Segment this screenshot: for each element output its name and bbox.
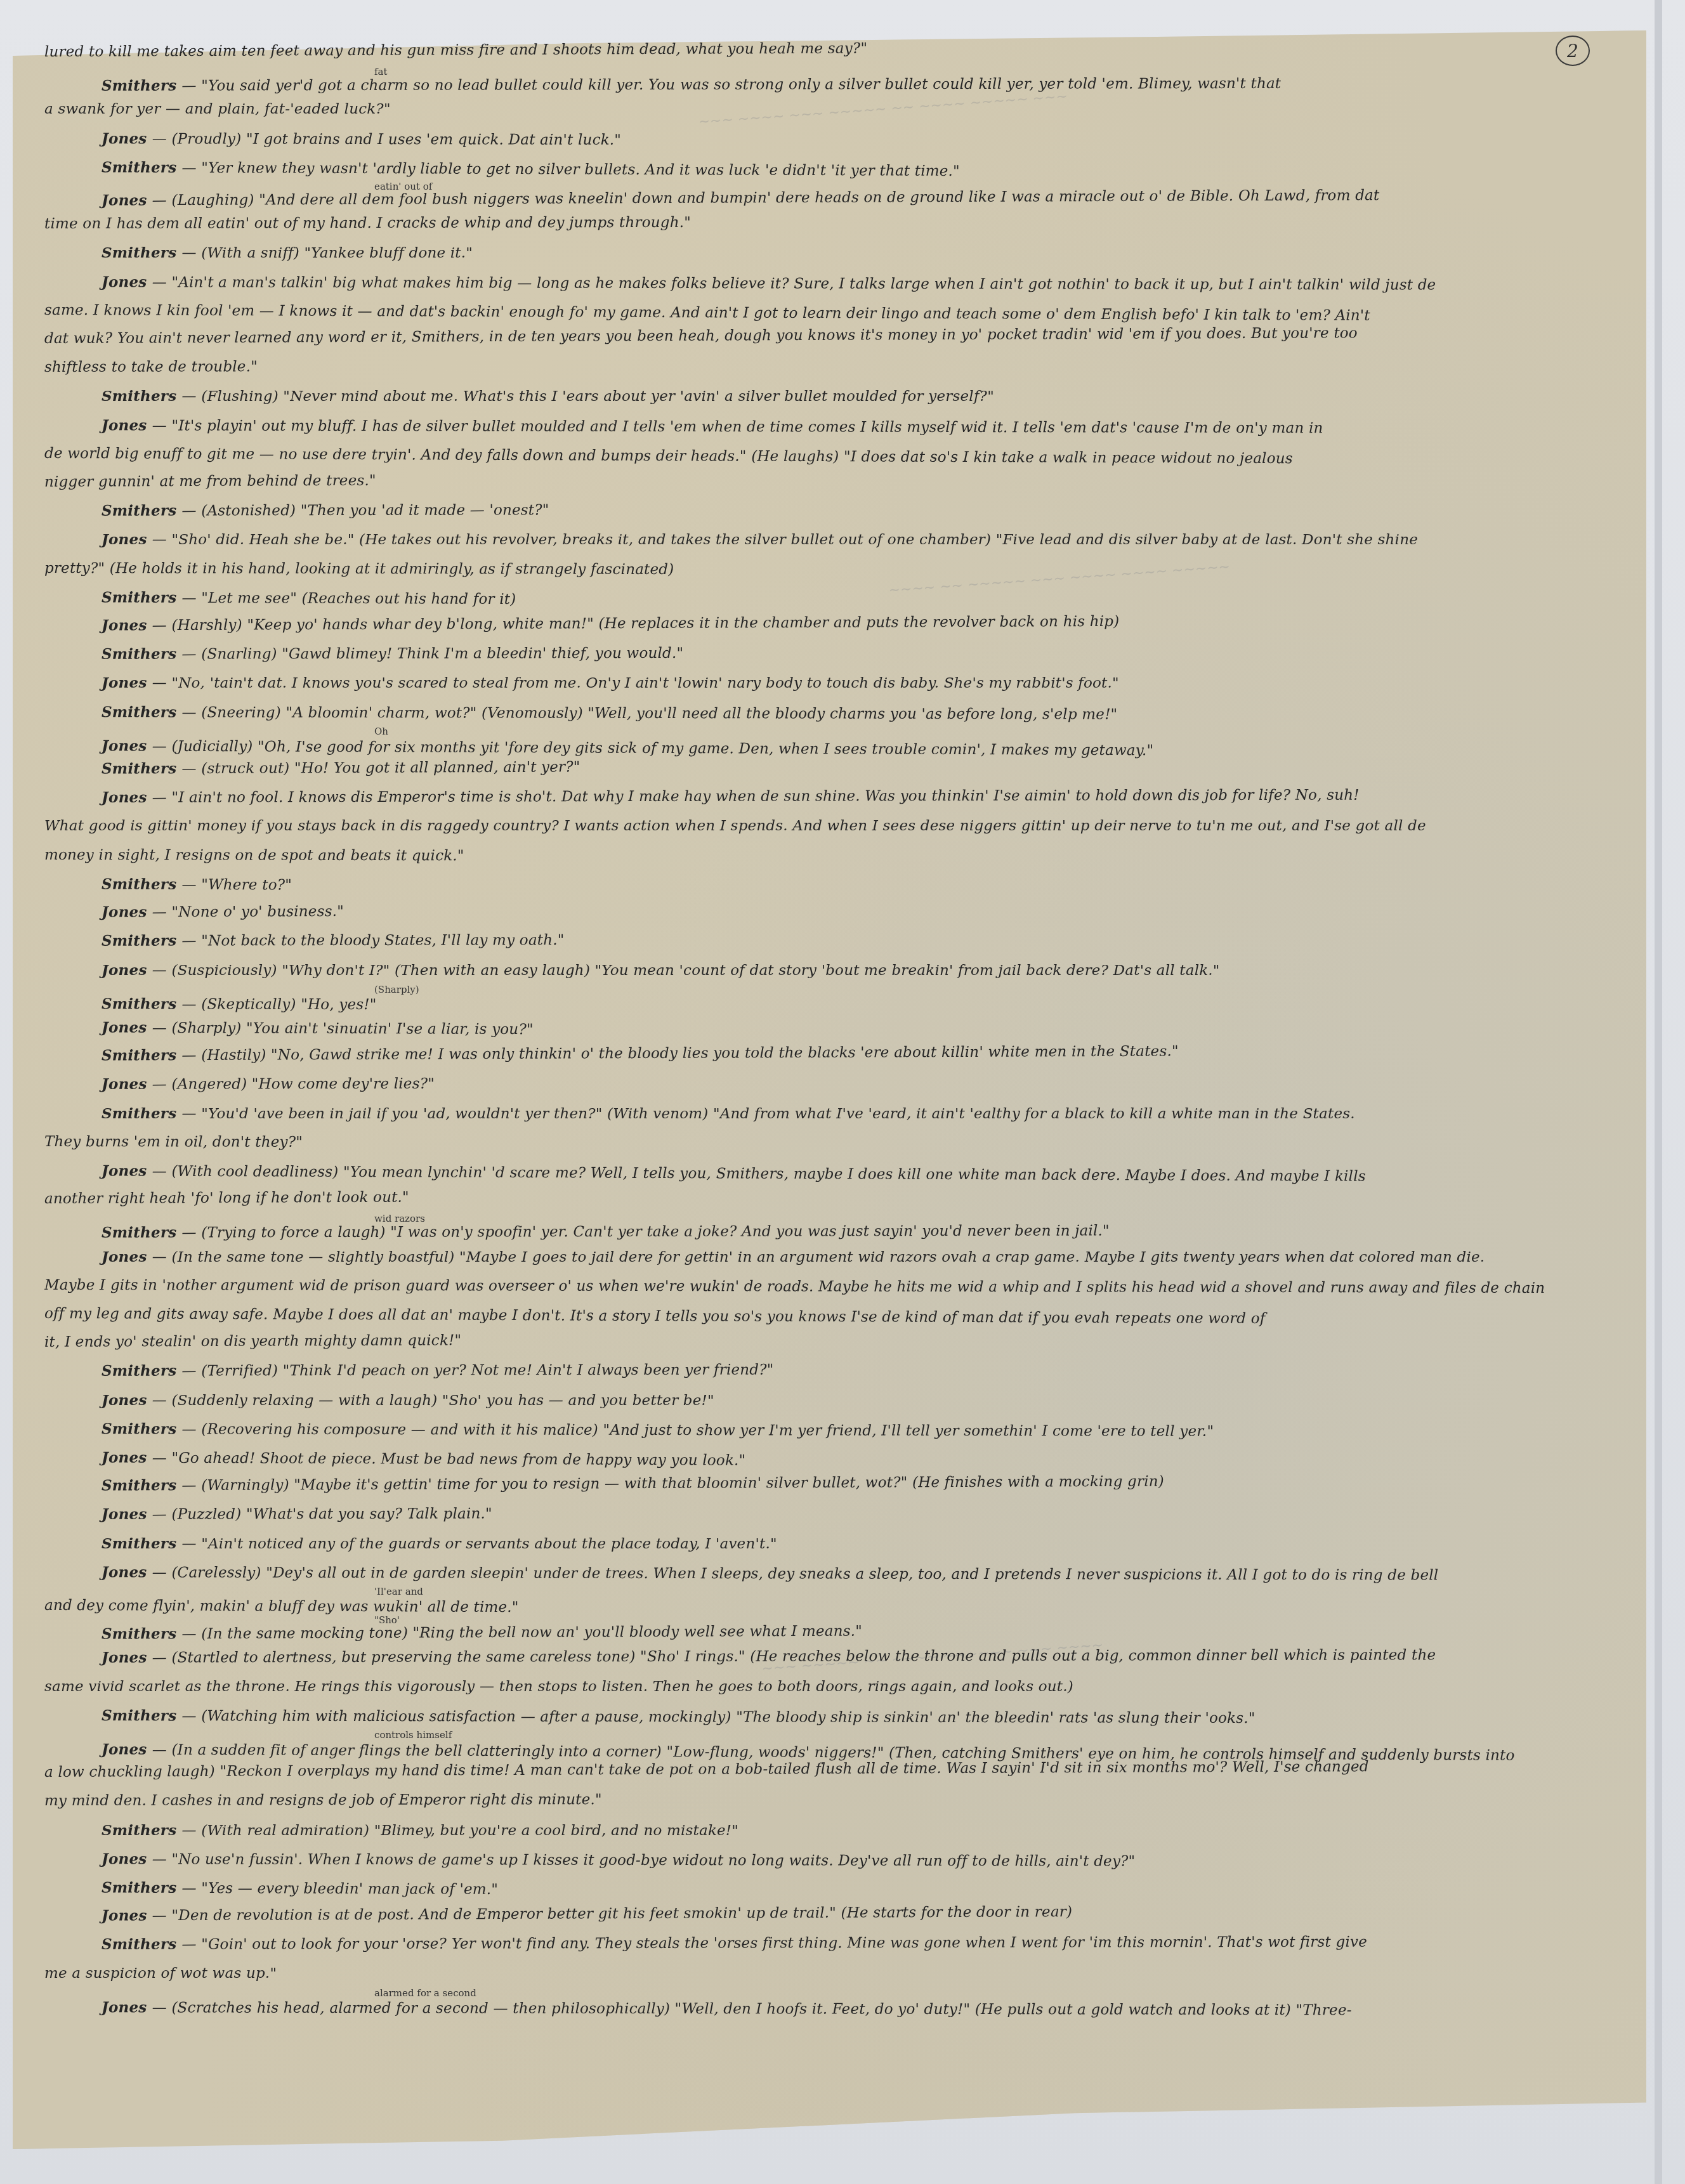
line-text: They burns 'em in oil, don't they?" (44, 1134, 303, 1151)
speaker-name: Jones (102, 531, 152, 548)
manuscript-line: Smithers — (Snarling) "Gawd blimey! Thin… (44, 637, 1618, 669)
line-text: my mind den. I cashes in and resigns de … (44, 1792, 602, 1810)
line-text: dat wuk? You ain't never learned any wor… (44, 325, 1358, 347)
line-text: — (Sharply) "You ain't 'sinuatin' I'se a… (152, 1020, 534, 1038)
line-text: — (Harshly) "Keep yo' hands whar dey b'l… (152, 613, 1120, 634)
manuscript-line: Jones — (Puzzled) "What's dat you say? T… (44, 1497, 1618, 1529)
manuscript-line: shiftless to take de trouble." (44, 350, 1618, 382)
speaker-name: Smithers (102, 703, 182, 721)
speaker-name: Smithers (102, 875, 182, 893)
line-text: — "Let me see" (Reaches out his hand for… (181, 590, 516, 608)
speaker-name: Smithers (102, 1879, 182, 1897)
line-text: — "Ain't a man's talkin' big what makes … (152, 274, 1436, 293)
line-text: — (Skeptically) "Ho, yes!" (182, 996, 377, 1013)
manuscript-line: pretty?" (He holds it in his hand, looki… (44, 554, 1618, 586)
line-text: — "Where to?" (181, 877, 292, 894)
line-text: nigger gunnin' at me from behind de tree… (44, 473, 376, 490)
line-text: — (Terrified) "Think I'd peach on yer? N… (182, 1362, 774, 1380)
manuscript-line: Smithers — (Watching him with malicious … (44, 1701, 1618, 1733)
speaker-name: Smithers (102, 1936, 182, 1953)
line-text: pretty?" (He holds it in his hand, looki… (44, 560, 674, 578)
speaker-name: Smithers (102, 932, 182, 950)
line-text: — "None o' yo' business." (152, 903, 344, 920)
line-text: — (Recovering his composure — and with i… (182, 1421, 1214, 1439)
manuscript-line: lured to kill me takes aim ten feet away… (44, 32, 1618, 67)
line-text: a swank for yer — and plain, fat-'eaded … (44, 101, 391, 117)
manuscript-line: Smithers — (struck out) "Ho! You got it … (44, 749, 1618, 784)
speaker-name: Smithers (102, 1224, 182, 1241)
speaker-name: Jones (102, 1392, 152, 1409)
line-text: — (Laughing) "And dere all dem fool bush… (152, 187, 1380, 209)
speaker-name: Smithers (102, 388, 182, 405)
manuscript-line: nigger gunnin' at me from behind de tree… (44, 462, 1618, 497)
manuscript-line: Jones — "No, 'tain't dat. I knows you's … (44, 669, 1618, 697)
line-text: me a suspicion of wot was up." (44, 1965, 277, 1982)
speaker-name: Jones (102, 1449, 152, 1466)
manuscript-line: Jones — (Suddenly relaxing — with a laug… (44, 1386, 1618, 1415)
speaker-name: Jones (102, 789, 152, 806)
speaker-name: Smithers (102, 244, 182, 261)
line-text: — "You'd 'ave been in jail if you 'ad, w… (182, 1106, 1355, 1122)
manuscript-line: What good is gittin' money if you stays … (44, 812, 1618, 840)
line-text: — "No, 'tain't dat. I knows you's scared… (152, 675, 1119, 691)
speaker-name: Smithers (102, 77, 182, 95)
line-text: — (Astonished) "Then you 'ad it made — '… (182, 502, 549, 520)
speaker-name: Jones (102, 1999, 152, 2016)
line-text: another right heah 'fo' long if he don't… (44, 1189, 409, 1207)
manuscript-line: Smithers — (Trying to force a laugh) "I … (44, 1220, 1618, 1242)
manuscript-line: Jones — "I ain't no fool. I knows dis Em… (44, 780, 1618, 812)
line-text: — (Startled to alertness, but preserving… (152, 1647, 1436, 1666)
manuscript-line: Jones — (Proudly) "I got brains and I us… (44, 124, 1618, 156)
manuscript-line: me a suspicion of wot was up." (44, 1959, 1618, 1988)
speaker-name: Smithers (102, 159, 182, 176)
line-text: — "You said yer'd got a charm so no lead… (182, 75, 1282, 95)
line-text: shiftless to take de trouble." (44, 359, 258, 376)
speaker-name: Smithers (102, 1047, 182, 1064)
line-text: — "Go ahead! Shoot de piece. Must be bad… (152, 1450, 746, 1469)
manuscript-line: Jones — (In the same tone — slightly boa… (44, 1243, 1618, 1271)
speaker-name: Jones (102, 1019, 152, 1036)
speaker-name: Jones (102, 1076, 152, 1093)
speaker-name: Jones (102, 674, 152, 691)
speaker-name: Jones (102, 1741, 152, 1758)
manuscript-line: Smithers — (Recovering his composure — a… (44, 1415, 1618, 1446)
line-text: — (Trying to force a laugh) "I was on'y … (182, 1223, 1110, 1241)
interlinear-insertion: (Sharply) (44, 984, 1618, 995)
speaker-name: Smithers (102, 760, 182, 778)
speaker-name: Jones (102, 617, 152, 634)
speaker-name: Jones (102, 273, 152, 291)
speaker-name: Jones (102, 417, 152, 434)
speaker-name: Jones (102, 192, 152, 209)
manuscript-line: They burns 'em in oil, don't they?" (44, 1128, 1618, 1160)
manuscript-line: money in sight, I resigns on de spot and… (44, 841, 1618, 873)
manuscript-line: Smithers — (With a sniff) "Yankee bluff … (44, 239, 1618, 267)
manuscript-line: Smithers — (Terrified) "Think I'd peach … (44, 1354, 1618, 1385)
line-text: — (Suspiciously) "Why don't I?" (Then wi… (152, 962, 1220, 979)
manuscript-line: Jones — "None o' yo' business." (44, 892, 1618, 927)
line-text: — (In the same tone — slightly boastful)… (152, 1249, 1485, 1265)
speaker-name: Smithers (102, 1105, 182, 1122)
line-text: — (Scratches his head, alarmed for a sec… (152, 1999, 1352, 2018)
line-text: same vivid scarlet as the throne. He rin… (44, 1678, 1073, 1695)
speaker-name: Jones (102, 1850, 152, 1867)
line-text: — (Hastily) "No, Gawd strike me! I was o… (181, 1043, 1178, 1064)
line-text: — (With a sniff) "Yankee bluff done it." (182, 245, 473, 261)
line-text: — "Not back to the bloody States, I'll l… (182, 932, 565, 950)
manuscript-line: Smithers — "You'd 'ave been in jail if y… (44, 1099, 1618, 1128)
speaker-name: Jones (102, 130, 152, 147)
manuscript-line: Smithers — (Sneering) "A bloomin' charm,… (44, 698, 1618, 729)
speaker-name: Smithers (102, 1363, 182, 1380)
manuscript-line: Smithers — (Warningly) "Maybe it's getti… (44, 1465, 1618, 1501)
line-text: lured to kill me takes aim ten feet away… (44, 41, 867, 60)
manuscript-line: it, I ends yo' stealin' on dis yearth mi… (44, 1322, 1618, 1357)
manuscript-line: Smithers — "Not back to the bloody State… (44, 924, 1618, 955)
manuscript-line: Jones — "Den de revolution is at de post… (44, 1895, 1618, 1931)
manuscript-line: Jones — (Startled to alertness, but pres… (44, 1640, 1618, 1672)
line-text: — "No use'n fussin'. When I knows de gam… (152, 1851, 1136, 1869)
line-text: — (Sneering) "A bloomin' charm, wot?" (V… (182, 704, 1118, 723)
manuscript-line: Jones — (Scratches his head, alarmed for… (44, 1998, 1618, 2020)
line-text: time on I has dem all eatin' out of my h… (44, 214, 691, 232)
line-text: — "It's playin' out my bluff. I has de s… (152, 417, 1323, 436)
manuscript-line: Jones — (Harshly) "Keep yo' hands whar d… (44, 605, 1618, 641)
line-text: a low chuckling laugh) "Reckon I overpla… (44, 1758, 1369, 1781)
manuscript-line: Smithers — (With real admiration) "Blime… (44, 1816, 1618, 1845)
scan-edge (1655, 0, 1662, 2184)
line-text: — (Suddenly relaxing — with a laugh) "Sh… (152, 1392, 714, 1409)
speaker-name: Jones (102, 1564, 152, 1581)
line-text: — "I ain't no fool. I knows dis Emperor'… (152, 787, 1360, 806)
manuscript-line: Jones — (Carelessly) "Dey's all out in d… (44, 1558, 1618, 1590)
line-text: money in sight, I resigns on de spot and… (44, 847, 464, 864)
speaker-name: Smithers (102, 995, 182, 1012)
line-text: What good is gittin' money if you stays … (44, 818, 1426, 834)
line-text: — (struck out) "Ho! You got it all plann… (181, 759, 580, 778)
speaker-name: Jones (102, 1506, 152, 1523)
speaker-name: Jones (102, 962, 152, 979)
line-text: — (Proudly) "I got brains and I uses 'em… (152, 131, 621, 148)
manuscript-line: Smithers — (Astonished) "Then you 'ad it… (44, 494, 1618, 525)
speaker-name: Smithers (102, 646, 182, 663)
manuscript-line: Jones — (Suspiciously) "Why don't I?" (T… (44, 956, 1618, 984)
line-text: — (Angered) "How come dey're lies?" (152, 1076, 435, 1093)
speaker-name: Smithers (102, 1535, 182, 1552)
line-text: — (Flushing) "Never mind about me. What'… (182, 388, 994, 405)
line-text: — "Sho' did. Heah she be." (He takes out… (152, 532, 1418, 548)
speaker-name: Jones (102, 737, 152, 754)
manuscript-line: a low chuckling laugh) "Reckon I overpla… (44, 1752, 1618, 1788)
interlinear-insertion: alarmed for a second (44, 1988, 1618, 1998)
line-text: — (Puzzled) "What's dat you say? Talk pl… (152, 1506, 492, 1523)
manuscript-line: Smithers — (Flushing) "Never mind about … (44, 382, 1618, 410)
speaker-name: Jones (102, 1907, 152, 1924)
speaker-name: Smithers (102, 1822, 182, 1839)
line-text: it, I ends yo' stealin' on dis yearth mi… (44, 1332, 461, 1350)
line-text: — "Yes — every bleedin' man jack of 'em.… (181, 1880, 498, 1898)
line-text: — "Goin' out to look for your 'orse? Yer… (182, 1934, 1367, 1953)
speaker-name: Jones (102, 903, 152, 920)
manuscript-line: Jones — "Ain't a man's talkin' big what … (44, 268, 1618, 299)
manuscript-line: another right heah 'fo' long if he don't… (44, 1179, 1618, 1214)
speaker-name: Smithers (102, 1477, 182, 1494)
speaker-name: Smithers (102, 1625, 182, 1643)
speaker-name: Smithers (102, 1707, 182, 1724)
speaker-name: Smithers (102, 502, 182, 520)
manuscript-line: dat wuk? You ain't never learned any wor… (44, 318, 1618, 354)
manuscript-line: Smithers — "You said yer'd got a charm s… (44, 74, 1618, 95)
manuscript-line: Jones — "It's playin' out my bluff. I ha… (44, 411, 1618, 443)
line-text: Maybe I gits in 'nother argument wid de … (44, 1277, 1545, 1297)
manuscript-line: Maybe I gits in 'nother argument wid de … (44, 1271, 1618, 1303)
speaker-name: Jones (102, 1649, 152, 1666)
speaker-name: Jones (102, 1162, 152, 1179)
line-text: — (Carelessly) "Dey's all out in de gard… (152, 1564, 1439, 1583)
line-text: — "Yer knew they wasn't 'ardly liable to… (181, 160, 959, 180)
line-text: — "Den de revolution is at de post. And … (152, 1904, 1073, 1924)
line-text: and dey come flyin', makin' a bluff dey … (44, 1597, 519, 1616)
manuscript-line: Smithers — "Goin' out to look for your '… (44, 1927, 1618, 1959)
line-text: — (Warningly) "Maybe it's gettin' time f… (181, 1474, 1164, 1494)
line-text: — (Watching him with malicious satisfact… (182, 1708, 1256, 1727)
line-text: — (Snarling) "Gawd blimey! Think I'm a b… (182, 645, 684, 663)
manuscript-text: lured to kill me takes aim ten feet away… (44, 38, 1618, 2017)
speaker-name: Smithers (102, 1420, 182, 1437)
manuscript-line: Smithers — "Ain't noticed any of the gua… (44, 1529, 1618, 1558)
line-text: — (In the same mocking tone) "Ring the b… (181, 1623, 862, 1642)
manuscript-line: my mind den. I cashes in and resigns de … (44, 1784, 1618, 1815)
speaker-name: Jones (102, 1248, 152, 1265)
manuscript-line: Smithers — (Hastily) "No, Gawd strike me… (44, 1035, 1618, 1071)
manuscript-line: Smithers — (Skeptically) "Ho, yes!" (44, 995, 1618, 1016)
line-text: — (With real admiration) "Blimey, but yo… (182, 1822, 739, 1839)
manuscript-line: Jones — "Sho' did. Heah she be." (He tak… (44, 525, 1618, 554)
manuscript-line: Jones — "No use'n fussin'. When I knows … (44, 1845, 1618, 1876)
line-text: — "Ain't noticed any of the guards or se… (182, 1536, 777, 1552)
speaker-name: Smithers (102, 589, 182, 606)
manuscript-line: a swank for yer — and plain, fat-'eaded … (44, 95, 1618, 124)
manuscript-line: time on I has dem all eatin' out of my h… (44, 207, 1618, 239)
manuscript-line: Jones — (Angered) "How come dey're lies?… (44, 1067, 1618, 1099)
manuscript-line: same vivid scarlet as the throne. He rin… (44, 1673, 1618, 1701)
